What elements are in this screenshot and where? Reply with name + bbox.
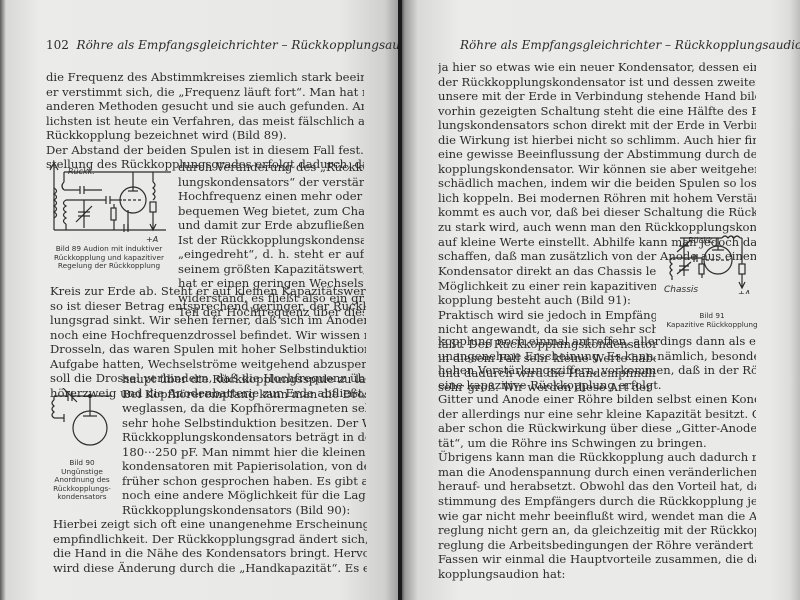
- text-line: wird diese Änderung durch die „Handkapaz…: [53, 561, 367, 576]
- text-line: der Rückkopplungskondensator ist und des…: [438, 75, 756, 90]
- text-line: reglung die Arbeitsbedingungen der Röhre…: [438, 538, 756, 553]
- text-line: durch Veränderung des „Rückkopp-: [178, 160, 364, 175]
- figure-90-circuit-diagram: [50, 388, 120, 450]
- text-line: Bei Kopfhörerempfang kann man die Drosse…: [122, 387, 366, 402]
- left-running-title: Röhre als Empfangsgleichrichter – Rückko…: [77, 38, 400, 52]
- text-line: die Hand in die Nähe des Kondensators br…: [53, 546, 367, 561]
- text-line: unangenehme Erscheinung. Es kann nämlich…: [438, 349, 756, 364]
- text-line: 180···250 pF. Man nimmt hier die kleinen…: [122, 445, 366, 460]
- text-line: Hierbei zeigt sich oft eine unangenehme …: [53, 517, 367, 532]
- text-line: er verstimmt sich, die „Frequenz läuft f…: [46, 85, 364, 100]
- text-line: schädlich machen, indem wir die beiden S…: [438, 176, 756, 191]
- text-line: eine gewisse Beeinflussung der Abstimmun…: [438, 147, 756, 162]
- text-line: Rückkopplung bezeichnet wird (Bild 89).: [46, 128, 364, 143]
- left-running-head: 102 Röhre als Empfangsgleichrichter – Rü…: [46, 38, 400, 52]
- text-line: kopplungskondensator. Wir können sie abe…: [438, 162, 756, 177]
- text-line: empfindlichkeit. Der Rückkopplungsgrad ä…: [53, 532, 367, 547]
- text-line: Der Abstand der beiden Spulen ist in die…: [46, 143, 364, 158]
- text-line: wie gar nicht mehr beeinflußt wird, wend…: [438, 509, 756, 524]
- text-line: reglung nicht gern an, da gleichzeitig m…: [438, 523, 756, 538]
- figure-89-circuit-diagram: Rückk. +A: [46, 160, 171, 245]
- text-line: lungskondensators“ der verstärkten: [178, 175, 364, 190]
- left-text-bottom: Hierbei zeigt sich oft eine unangenehme …: [53, 517, 367, 575]
- text-line: Kondensator direkt an das Chassis legt. …: [438, 264, 656, 279]
- text-line: die Wirkung ist hierbei nicht so schlimm…: [438, 133, 756, 148]
- text-line: unsere mit der Erde in Verbindung stehen…: [438, 89, 756, 104]
- text-line: „eingedreht“, d. h. steht er auf: [178, 247, 364, 262]
- svg-text:Rückk.: Rückk.: [68, 167, 95, 176]
- text-line: haupt über die Rückkopplungsspule zu lau…: [122, 372, 366, 387]
- svg-text:+A: +A: [738, 289, 750, 294]
- text-line: Drosseln, das waren Spulen mit hoher Sel…: [50, 342, 366, 357]
- text-line: kondensatoren mit Papierisolation, von d…: [122, 459, 366, 474]
- text-line: herauf- und herabsetzt. Obwohl das den V…: [438, 479, 756, 494]
- text-line: früher schon gesprochen haben. Es gibt a…: [122, 474, 366, 489]
- text-line: man die Anodenspannung durch einen verän…: [438, 465, 756, 480]
- svg-text:+A: +A: [146, 235, 158, 244]
- text-line: aber schon die Rückwirkung über diese „G…: [438, 421, 756, 436]
- text-line: Rückkopplungskondensators beträgt in der…: [122, 430, 366, 445]
- figure-89-caption: Bild 89 Audion mit induktiver Rückkopplu…: [44, 245, 174, 271]
- right-page: Röhre als Empfangsgleichrichter – Rückko…: [400, 0, 800, 600]
- text-line: und damit zur Erde abzufließen.: [178, 218, 364, 233]
- text-line: Ist der Rückkopplungskondensator: [178, 233, 364, 248]
- text-line: tät“, um die Röhre ins Schwingen zu brin…: [438, 436, 756, 451]
- text-line: kopplung noch einmal antreffen, allerdin…: [438, 334, 756, 349]
- svg-text:Chassis: Chassis: [664, 285, 698, 294]
- text-line: ja hier so etwas wie ein neuer Kondensat…: [438, 60, 756, 75]
- text-line: sehr hohe Selbstinduktion besitzen. Der …: [122, 416, 366, 431]
- text-line: kommt es auch vor, daß bei dieser Schalt…: [438, 205, 756, 220]
- text-line: kopplungsaudion hat:: [438, 567, 756, 582]
- figure-91-caption: Bild 91 Kapazitive Rückkopplung: [662, 312, 762, 329]
- svg-text:Rückk.: Rückk.: [688, 236, 715, 245]
- text-line: hohen Verstärkungsziffern, vorkommen, da…: [438, 363, 756, 378]
- text-line: die Frequenz des Abstimmkreises ziemlich…: [46, 70, 364, 85]
- text-line: Fassen wir einmal die Hauptvorteile zusa…: [438, 552, 756, 567]
- right-text-bottom: kopplung noch einmal antreffen, allerdin…: [438, 334, 756, 581]
- left-text-beside-fig90: haupt über die Rückkopplungsspule zu lau…: [122, 372, 366, 517]
- text-line: so ist dieser Betrag entsprechend gering…: [50, 299, 366, 314]
- left-page: 102 Röhre als Empfangsgleichrichter – Rü…: [0, 0, 400, 600]
- left-page-number: 102: [46, 38, 69, 52]
- text-line: Gitter und Anode einer Röhre bilden selb…: [438, 392, 756, 407]
- text-line: anderen Methoden gesucht und sie auch ge…: [46, 99, 364, 114]
- text-line: eine kapazitive Rückkopplung erfolgt.: [438, 378, 756, 393]
- text-line: noch eine andere Möglichkeit für die Lag…: [122, 488, 366, 503]
- text-line: der allerdings nur eine sehr kleine Kapa…: [438, 407, 756, 422]
- text-line: lichsten ist heute ein Verfahren, das me…: [46, 114, 364, 129]
- text-line: seinem größten Kapazitätswert, so: [178, 262, 364, 277]
- text-line: lich koppeln. Bei modernen Röhren mit ho…: [438, 191, 756, 206]
- text-line: lungsgrad sinkt. Wir sehen ferner, daß s…: [50, 313, 366, 328]
- text-line: Praktisch wird sie jedoch in Empfängern: [438, 308, 656, 323]
- figure-90-caption: Bild 90 Ungünstige Anordnung des Rückkop…: [44, 459, 120, 502]
- text-line: noch eine Hochfrequenzdrossel befindet. …: [50, 328, 366, 343]
- text-line: lungskondensators schon direkt mit der E…: [438, 118, 756, 133]
- text-line: Möglichkeit zu einer rein kapazitiven Rü…: [438, 279, 656, 294]
- text-line: vorhin gezeigten Schaltung steht die ein…: [438, 104, 756, 119]
- text-line: stimmung des Empfängers durch die Rückko…: [438, 494, 756, 509]
- text-line: Rückkopplungskondensators (Bild 90):: [122, 503, 366, 518]
- text-line: kopplung besteht auch (Bild 91):: [438, 293, 656, 308]
- left-text-top: die Frequenz des Abstimmkreises ziemlich…: [46, 70, 364, 172]
- right-running-title: Röhre als Empfangsgleichrichter – Rückko…: [460, 38, 800, 52]
- text-line: Kreis zur Erde ab. Steht er auf kleinen …: [50, 284, 366, 299]
- text-line: Übrigens kann man die Rückkopplung auch …: [438, 450, 756, 465]
- text-line: Aufgabe hatten, Wechselströme weitgehend…: [50, 357, 366, 372]
- text-line: weglassen, da die Kopfhörermagneten selb…: [122, 401, 366, 416]
- text-line: bequemen Weg bietet, zum Chassis: [178, 204, 364, 219]
- book-gutter: [398, 0, 402, 600]
- figure-91-circuit-diagram: Rückk. Chassis +A: [662, 232, 752, 294]
- right-running-head: Röhre als Empfangsgleichrichter – Rückko…: [460, 38, 800, 52]
- text-line: Hochfrequenz einen mehr oder weniger: [178, 189, 364, 204]
